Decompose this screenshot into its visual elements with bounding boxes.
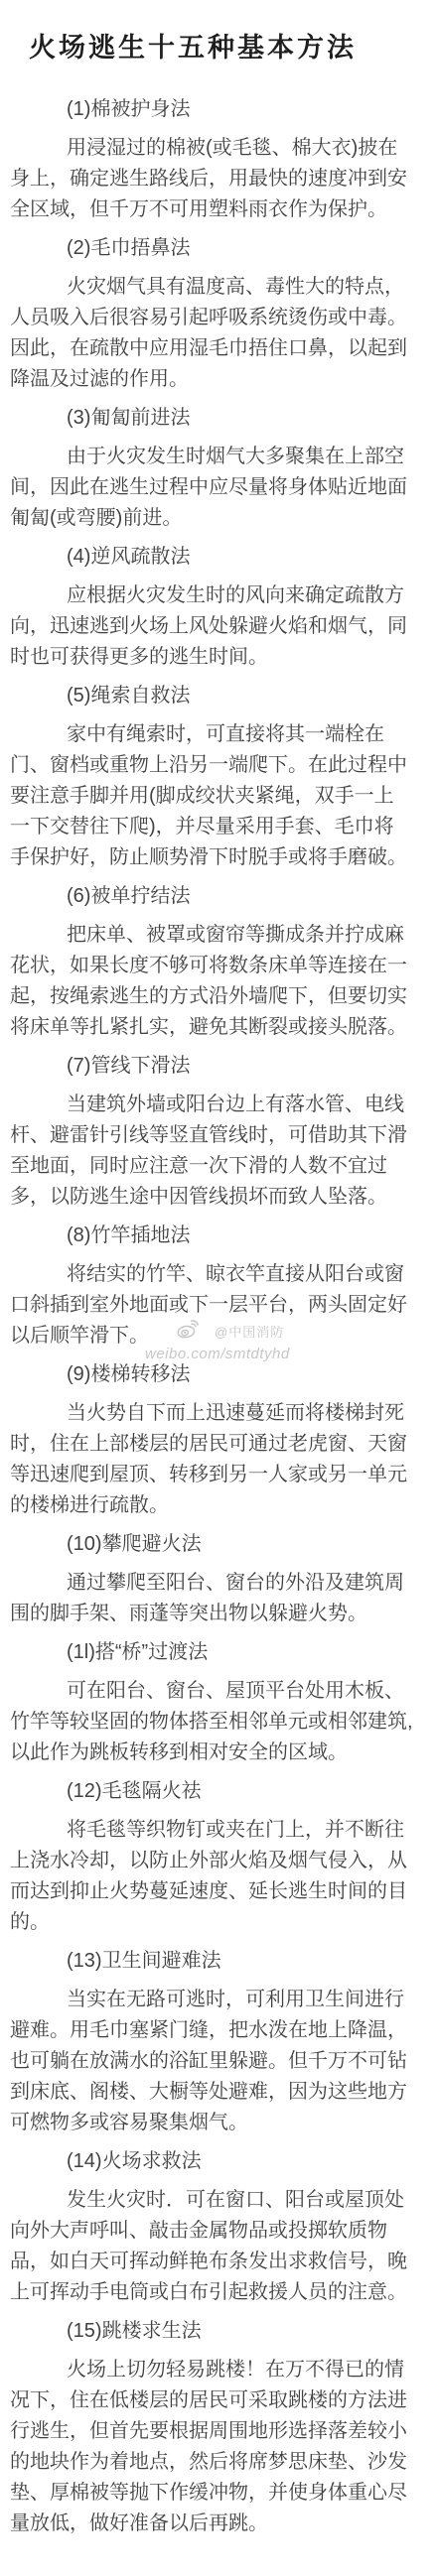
method-section: (14)火场求救法 发生火灾时．可在窗口、阳台或屋顶处向外大声呼叫、敲击金属物品… <box>10 2146 413 2308</box>
method-heading: (10)攀爬避火法 <box>10 1529 413 1560</box>
method-section: (2)毛巾捂鼻法 火灾烟气具有温度高、毒性大的特点，人员吸入后很容易引起呼吸系统… <box>10 233 413 395</box>
method-paragraph: 由于火灾发生时烟气大多聚集在上部空间，因此在逃生过程中应尽量将身体贴近地面匍匐(… <box>10 442 413 534</box>
method-paragraph: 当火势自下而上迅速蔓延而将楼梯封死时，住在上部楼层的居民可通过老虎窗、天窗等迅速… <box>10 1398 413 1521</box>
method-heading: (6)被单拧结法 <box>10 881 413 912</box>
method-paragraph: 家中有绳索时，可直接将其一端栓在门、窗档或重物上沿另一端爬下。在此过程中要注意手… <box>10 719 413 873</box>
method-heading: (14)火场求救法 <box>10 2146 413 2177</box>
method-heading: (7)管线下滑法 <box>10 1051 413 1082</box>
method-heading: (4)逆风疏散法 <box>10 542 413 573</box>
method-section: (15)跳楼求生法 火场上切勿轻易跳楼！在万不得已的情况下，住在低楼层的居民可采… <box>10 2316 413 2539</box>
method-paragraph: 当建筑外墙或阳台边上有落水管、电线杆、避雷针引线等竖直管线时，可借助其下滑至地面… <box>10 1090 413 1213</box>
method-paragraph: 火场上切勿轻易跳楼！在万不得已的情况下，住在低楼层的居民可采取跳楼的方法进行逃生… <box>10 2355 413 2539</box>
method-paragraph: 应根据火灾发生时的风向来确定疏散方向，迅速逃到火场上风处躲避火焰和烟气，同时也可… <box>10 580 413 673</box>
fire-escape-article: 火场逃生十五种基本方法 (1)棉被护身法 用浸湿过的棉被(或毛毯、棉大衣)披在身… <box>0 0 437 2576</box>
method-section: (8)竹竿插地法 将结实的竹竿、晾衣竿直接从阳台或窗口斜插到室外地面或下一层平台… <box>10 1221 413 1352</box>
method-heading: (9)楼梯转移法 <box>10 1359 413 1390</box>
method-section: (5)绳索自救法 家中有绳索时，可直接将其一端栓在门、窗档或重物上沿另一端爬下。… <box>10 681 413 873</box>
method-paragraph: 火灾烟气具有温度高、毒性大的特点，人员吸入后很容易引起呼吸系统烫伤或中毒。因此，… <box>10 272 413 395</box>
method-heading: (13)卫生间避难法 <box>10 1946 413 1977</box>
sections-container: (1)棉被护身法 用浸湿过的棉被(或毛毯、棉大衣)披在身上，确定逃生路线后，用最… <box>10 94 413 2539</box>
method-paragraph: 把床单、被罩或窗帘等撕成条并拧成麻花状，如果长度不够可将数条床单等连接在一起，按… <box>10 920 413 1043</box>
method-heading: (1)棉被护身法 <box>10 94 413 125</box>
method-section: (3)匍匐前进法 由于火灾发生时烟气大多聚集在上部空间，因此在逃生过程中应尽量将… <box>10 403 413 534</box>
method-section: (13)卫生间避难法 当实在无路可逃时，可利用卫生间进行避难。用毛巾塞紧门缝，把… <box>10 1946 413 2138</box>
method-section: (6)被单拧结法 把床单、被罩或窗帘等撕成条并拧成麻花状，如果长度不够可将数条床… <box>10 881 413 1043</box>
method-paragraph: 将毛毯等织物钉或夹在门上，并不断往上浇水冷却，以防止外部火焰及烟气侵入，从而达到… <box>10 1815 413 1938</box>
method-paragraph: 发生火灾时．可在窗口、阳台或屋顶处向外大声呼叫、敲击金属物品或投掷软质物品，如白… <box>10 2185 413 2308</box>
method-section: (7)管线下滑法 当建筑外墙或阳台边上有落水管、电线杆、避雷针引线等竖直管线时，… <box>10 1051 413 1213</box>
method-paragraph: 当实在无路可逃时，可利用卫生间进行避难。用毛巾塞紧门缝，把水泼在地上降温，也可躺… <box>10 1985 413 2138</box>
method-heading: (1l)搭“桥”过渡法 <box>10 1637 413 1668</box>
method-heading: (8)竹竿插地法 <box>10 1221 413 1251</box>
method-heading: (12)毛毯隔火祛 <box>10 1776 413 1807</box>
method-section: (1)棉被护身法 用浸湿过的棉被(或毛毯、棉大衣)披在身上，确定逃生路线后，用最… <box>10 94 413 225</box>
method-paragraph: 将结实的竹竿、晾衣竿直接从阳台或窗口斜插到室外地面或下一层平台，两头固定好以后顺… <box>10 1259 413 1352</box>
method-paragraph: 通过攀爬至阳台、窗台的外沿及建筑周围的脚手架、雨蓬等突出物以躲避火势。 <box>10 1568 413 1629</box>
method-heading: (2)毛巾捂鼻法 <box>10 233 413 264</box>
method-heading: (3)匍匐前进法 <box>10 403 413 434</box>
method-section: (9)楼梯转移法 当火势自下而上迅速蔓延而将楼梯封死时，住在上部楼层的居民可通过… <box>10 1359 413 1521</box>
method-section: (12)毛毯隔火祛 将毛毯等织物钉或夹在门上，并不断往上浇水冷却，以防止外部火焰… <box>10 1776 413 1938</box>
method-paragraph: 用浸湿过的棉被(或毛毯、棉大衣)披在身上，确定逃生路线后，用最快的速度冲到安全区… <box>10 133 413 225</box>
method-heading: (15)跳楼求生法 <box>10 2316 413 2347</box>
method-paragraph: 可在阳台、窗台、屋顶平台处用木板、竹竿等较坚固的物体搭至相邻单元或相邻建筑,以此… <box>10 1676 413 1768</box>
method-section: (4)逆风疏散法 应根据火灾发生时的风向来确定疏散方向，迅速逃到火场上风处躲避火… <box>10 542 413 673</box>
page-title: 火场逃生十五种基本方法 <box>29 26 413 64</box>
method-section: (1l)搭“桥”过渡法 可在阳台、窗台、屋顶平台处用木板、竹竿等较坚固的物体搭至… <box>10 1637 413 1768</box>
method-section: (10)攀爬避火法 通过攀爬至阳台、窗台的外沿及建筑周围的脚手架、雨蓬等突出物以… <box>10 1529 413 1629</box>
method-heading: (5)绳索自救法 <box>10 681 413 711</box>
